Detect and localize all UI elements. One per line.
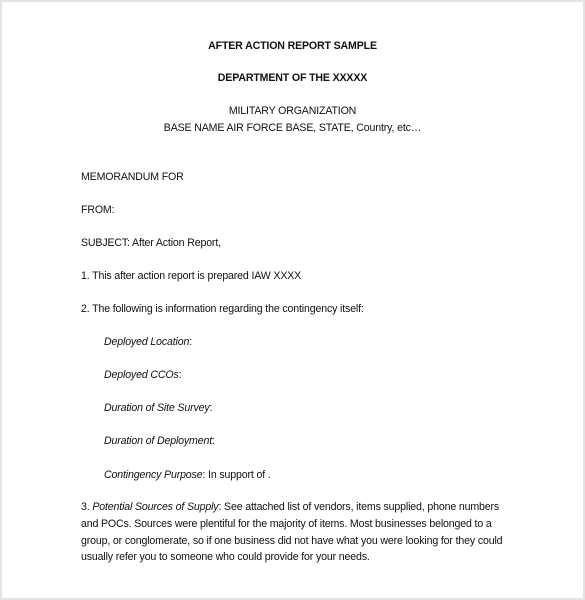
department-heading: DEPARTMENT OF THE XXXXX <box>0 71 585 85</box>
field-deployed-location: Deployed Location: <box>104 335 192 349</box>
field-value: In support of . <box>205 469 270 481</box>
field-label: Duration of Site Survey <box>104 402 209 414</box>
memorandum-for: MEMORANDUM FOR <box>81 170 184 184</box>
field-contingency-purpose: Contingency Purpose: In support of . <box>104 468 271 482</box>
document-title: AFTER ACTION REPORT SAMPLE <box>0 39 585 53</box>
organization-line: MILITARY ORGANIZATION <box>0 104 585 118</box>
item-3-number: 3. <box>81 501 92 513</box>
field-duration-site-survey: Duration of Site Survey: <box>104 401 212 415</box>
field-suffix: : <box>189 336 192 348</box>
item-3-label: Potential Sources of Supply <box>92 501 218 513</box>
field-label: Deployed Location <box>104 336 189 348</box>
item-3-paragraph: 3. Potential Sources of Supply: See atta… <box>81 499 511 566</box>
subject-line: SUBJECT: After Action Report, <box>81 236 221 250</box>
field-suffix: : <box>209 402 212 414</box>
base-line: BASE NAME AIR FORCE BASE, STATE, Country… <box>0 121 585 135</box>
field-deployed-ccos: Deployed CCOs: <box>104 368 181 382</box>
field-label: Deployed CCOs <box>104 369 179 381</box>
field-label: Contingency Purpose <box>104 469 202 481</box>
from-line: FROM: <box>81 203 114 217</box>
field-duration-deployment: Duration of Deployment: <box>104 434 215 448</box>
field-suffix: : <box>212 435 215 447</box>
item-1: 1. This after action report is prepared … <box>81 269 301 283</box>
field-label: Duration of Deployment <box>104 435 212 447</box>
field-suffix: : <box>179 369 182 381</box>
item-2: 2. The following is information regardin… <box>81 302 364 316</box>
